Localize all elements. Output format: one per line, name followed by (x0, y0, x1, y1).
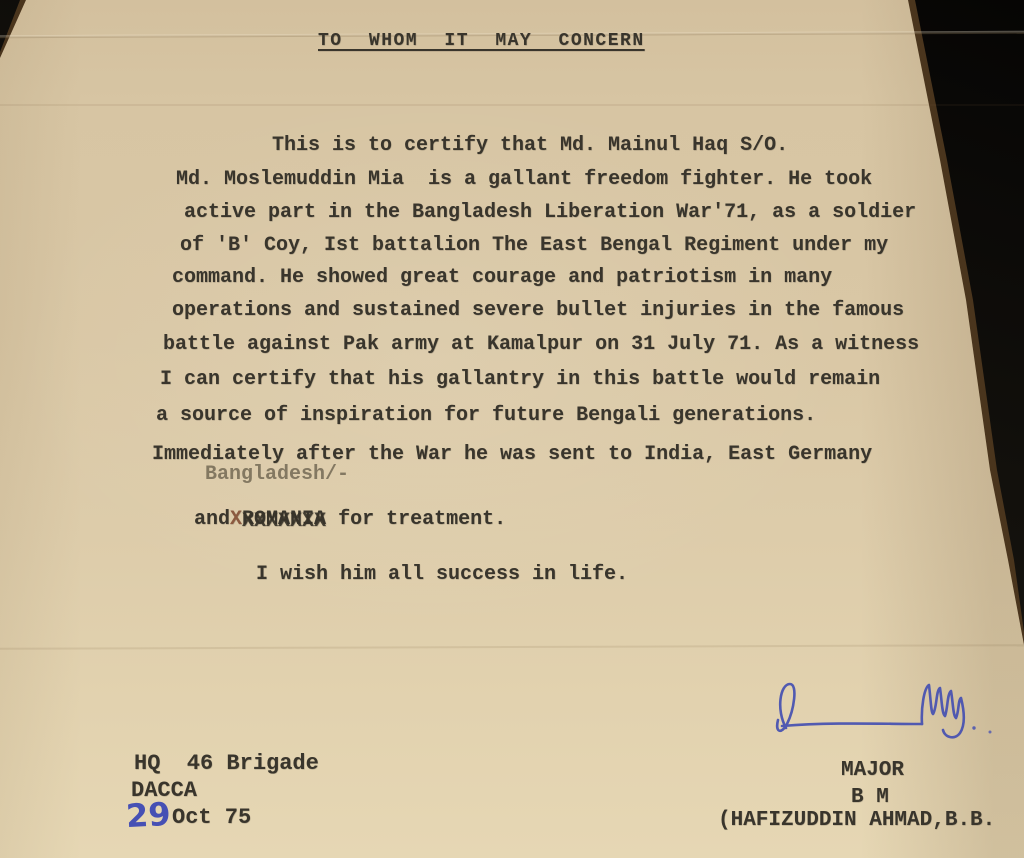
signatory-rank: MAJOR (841, 759, 904, 782)
closing-line: I wish him all success in life. (256, 563, 628, 586)
correction-prefix: and (194, 508, 230, 531)
document-photo: TO WHOM IT MAY CONCERN This is to certif… (0, 0, 1024, 858)
struck-word: ROMANIAXXXXXXX (242, 508, 326, 531)
body-line: Md. Moslemuddin Mia is a gallant freedom… (176, 168, 872, 191)
strike-mark: X (230, 508, 242, 531)
body-line: of 'B' Coy, Ist battalion The East Benga… (180, 234, 888, 257)
signatory-appointment: B M (851, 786, 889, 809)
signatory-name: (HAFIZUDDIN AHMAD,B.B. (718, 809, 995, 832)
signature-ink (762, 672, 1002, 750)
body-line: active part in the Bangladesh Liberation… (184, 201, 916, 224)
typed-correction-insert: Bangladesh/- (205, 463, 349, 486)
handwritten-day: 29 (125, 795, 171, 835)
body-line: operations and sustained severe bullet i… (172, 299, 904, 322)
body-line: battle against Pak army at Kamalpur on 3… (163, 333, 919, 356)
letter-title: TO WHOM IT MAY CONCERN (318, 31, 645, 51)
body-line-correction: andXROMANIAXXXXXXX for treatment. (146, 485, 506, 554)
body-line: command. He showed great courage and pat… (172, 266, 832, 289)
correction-suffix: for treatment. (326, 508, 506, 531)
body-line: a source of inspiration for future Benga… (156, 404, 816, 427)
footer-date: Oct 75 (172, 805, 251, 830)
footer-unit: HQ 46 Brigade (134, 751, 319, 776)
overstrike-xs: XXXXXXX (242, 510, 326, 533)
body-line: I can certify that his gallantry in this… (160, 368, 880, 391)
body-line: This is to certify that Md. Mainul Haq S… (272, 134, 788, 157)
